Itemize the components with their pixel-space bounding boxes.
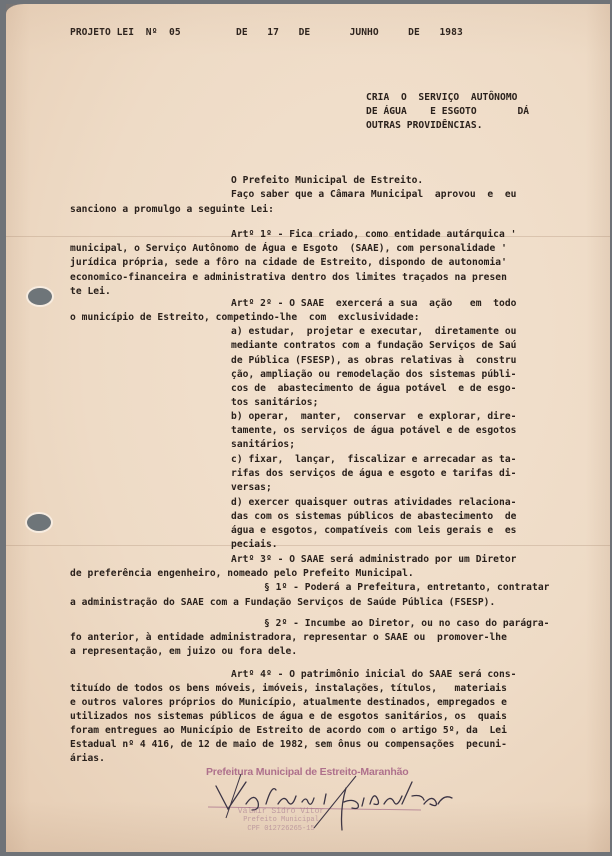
- project-number: PROJETO LEI Nº 05: [70, 26, 181, 41]
- fold-line: [6, 545, 610, 546]
- signatory-name: Valmir Sidro Vitor: [206, 807, 356, 816]
- punch-hole: [28, 288, 52, 305]
- punch-hole: [27, 514, 51, 531]
- signatory-cpf: CPF 012726265-15: [206, 825, 356, 834]
- document-page: PROJETO LEI Nº 05 DE 17 DE JUNHO DE 1983…: [6, 4, 610, 852]
- project-date: DE 17 DE JUNHO DE 1983: [236, 26, 463, 41]
- signatory-role: Prefeito Municipal: [206, 816, 356, 825]
